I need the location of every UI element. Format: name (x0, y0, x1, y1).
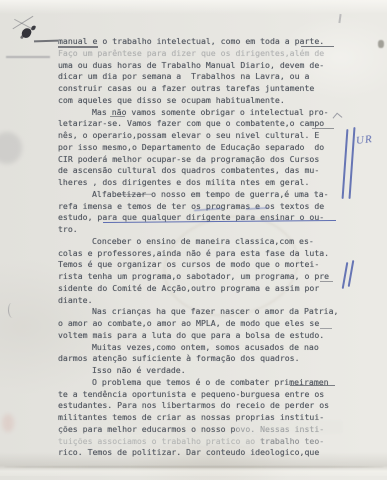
typed-line: de ascensão cultural dos quadros combate… (58, 165, 342, 177)
typed-line: te a tendência oportunista e pequeno-bur… (58, 389, 342, 401)
typed-text-block: manual e o trabalho intelectual, como em… (58, 36, 342, 459)
typed-underline-pre (320, 281, 333, 282)
typed-line: colas e professores,ainda não é para est… (58, 248, 342, 260)
pen-margin-stroke (348, 127, 355, 199)
typed-underline-primeiramen (290, 385, 335, 386)
pencil-dash (34, 40, 58, 43)
edge-smudge (378, 40, 384, 48)
fade-patch (58, 433, 258, 445)
pink-smudge (2, 414, 14, 432)
pencil-paren-mark (7, 303, 16, 319)
typed-line: Conceber o ensino de maneira classica,co… (58, 236, 342, 248)
manual-underline (58, 46, 98, 48)
typed-line: O problema que temos é o de combater pri… (58, 377, 342, 389)
typed-underline-se (320, 328, 332, 329)
typed-line: Faço um parêntese para dizer que os diri… (58, 48, 342, 60)
paper-top-edge (0, 0, 387, 14)
typed-line: tro. (58, 224, 342, 236)
typed-line: Alfabetizar o nosso em tempo de guerra,é… (58, 189, 342, 201)
typed-line: o amor ao combate,o amor ao MPLA, de mod… (58, 318, 342, 330)
typed-line: nês, o operario,possam elevar o seu nive… (58, 130, 342, 142)
typed-line: Muitas vezes,como ontem, somos acusados … (58, 342, 342, 354)
typed-line: construir casas ou a fazer outras tarefa… (58, 83, 342, 95)
typed-line: por isso mesmo,o Departamento de Educaçã… (58, 142, 342, 154)
edge-tick (338, 14, 341, 23)
typed-line: CIR poderá melhor ocupar-se da programaç… (58, 154, 342, 166)
typed-line: Isso não é verdade. (58, 365, 342, 377)
pen-margin-stroke (342, 129, 349, 199)
typed-line: Mas não vamos somente obrigar o intelect… (58, 107, 342, 119)
typed-line: lheres , dos dirigentes e dos milita nte… (58, 177, 342, 189)
typed-line: darmos atenção suficiente à formação dos… (58, 353, 342, 365)
pen-margin-note: UR (355, 133, 373, 147)
typed-underline-parte (301, 46, 334, 47)
paper-smudge (0, 132, 22, 164)
typed-line: estudo, para que qualquer dirigente para… (58, 212, 342, 224)
typed-line: dicar um dia por semana a Trabalhos na L… (58, 71, 342, 83)
fade-patch (236, 421, 342, 433)
typed-line: sidente do Comité de Acção,outro program… (58, 283, 342, 295)
fold-crease-line (4, 466, 384, 468)
typed-line: rista tenha um programa,o sabotador, um … (58, 271, 342, 283)
typed-line: com aqueles que disso se ocupam habitual… (58, 95, 342, 107)
typed-line: manual e o trabalho intelectual, como em… (58, 36, 342, 48)
typed-underline-nao (110, 116, 125, 117)
typed-underline-campo (312, 128, 334, 129)
fold-shadow (0, 452, 387, 476)
typed-line: estudantes. Para nos libertarmos do rece… (58, 400, 342, 412)
typed-line: diante. (58, 295, 342, 307)
typed-line: uma ou duas horas de Trabalho Manual Dia… (58, 60, 342, 72)
scanned-document-page: manual e o trabalho intelectual, como em… (0, 0, 387, 480)
typed-line: Temos é que organizar os cursos de modo … (58, 259, 342, 271)
typed-line: letarizar-se. Vamos fazer com que o comb… (58, 118, 342, 130)
pencil-dash (6, 56, 50, 58)
typed-line: Nas crianças ha que fazer nascer o amor … (58, 306, 342, 318)
typed-line: voltem mais para a luta do que para a bo… (58, 330, 342, 342)
pen-margin-stroke (348, 260, 355, 287)
